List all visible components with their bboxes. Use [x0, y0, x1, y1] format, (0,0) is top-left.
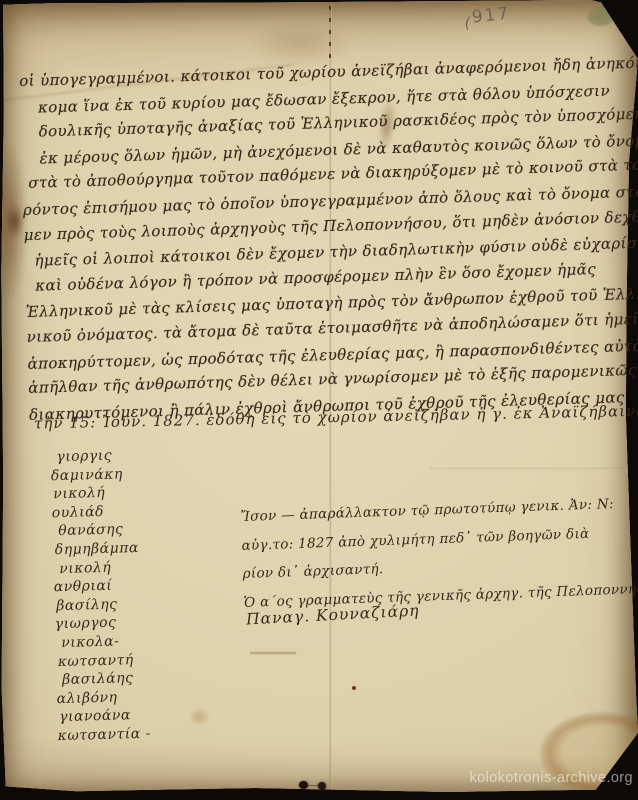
horizontal-crease	[430, 468, 630, 470]
pin-hole	[318, 782, 326, 790]
stain-small	[186, 706, 212, 728]
signatory-name: γιανοάνα	[57, 706, 151, 727]
signatory-name: βασιλάης	[56, 669, 150, 690]
archive-watermark: kolokotronis-archive.org	[469, 770, 633, 786]
horizontal-scratch	[250, 652, 296, 654]
letter-body: οἱ ὑπογεγραμμένοι. κάτοικοι τοῦ χωρίου ἀ…	[19, 51, 635, 427]
signatory-name: γιωργος	[55, 613, 149, 634]
signatory-name: ανθριαί	[54, 576, 148, 597]
signatory-name: νικολή	[53, 557, 147, 578]
signatory-name: θανάσης	[52, 520, 146, 541]
signatory-name: δαμινάκη	[51, 464, 145, 485]
certification-note: Ἴσον — ἀπαράλλακτον τῷ πρωτοτύπῳ γενικ. …	[240, 489, 638, 617]
signatory-name: ουλιάδ	[52, 502, 146, 523]
scanned-document: (917 οἱ ὑπογεγραμμένοι. κάτοικοι τοῦ χωρ…	[0, 0, 638, 800]
pin-hole-mark	[307, 785, 319, 786]
signatory-name: βασίλης	[54, 595, 148, 616]
signatory-name: γιοργις	[50, 446, 144, 467]
signatory-name: νικολα-	[55, 632, 149, 653]
signatory-name: δημηβάμπα	[53, 539, 147, 560]
fold-stitch-marks	[329, 6, 331, 62]
signatory-name: αλιβόνη	[56, 687, 150, 708]
signatory-name: κωτσαντή	[55, 650, 149, 671]
archive-number: 917	[471, 4, 511, 28]
signatories-list: γιοργιςδαμινάκηνικολήουλιάδθανάσηςδημηβά…	[50, 446, 151, 746]
tape-residue	[584, 2, 620, 30]
pin-hole	[299, 781, 308, 789]
signatory-name: κωτσαντία -	[57, 725, 151, 746]
red-speck	[352, 686, 356, 690]
signatory-name: νικολή	[51, 483, 145, 504]
